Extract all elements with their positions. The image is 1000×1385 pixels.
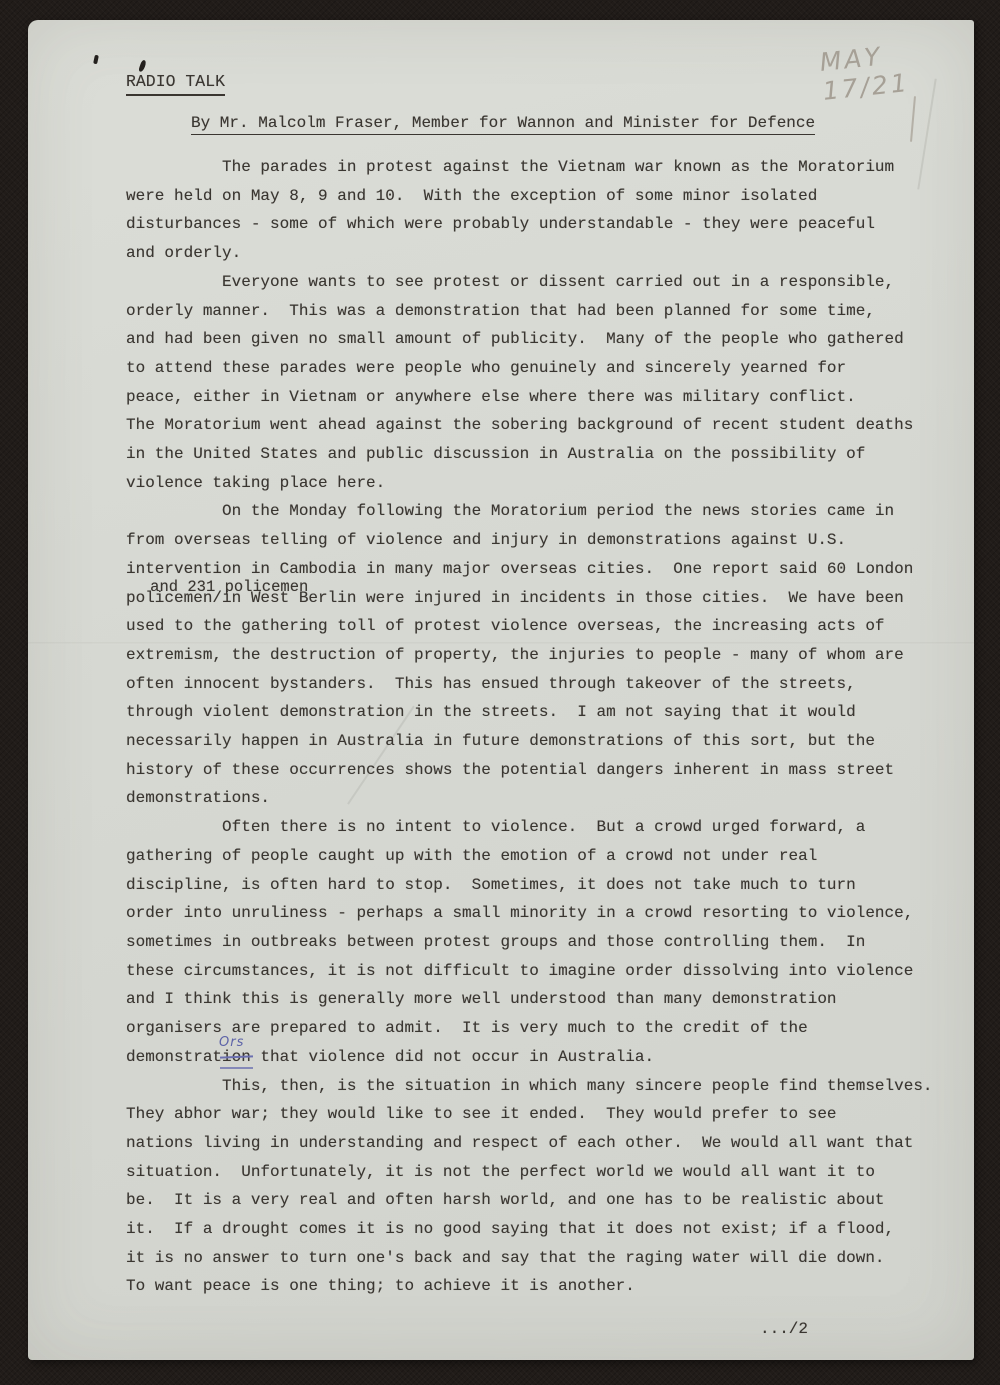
pencil-date-note: MAY 17/21	[818, 32, 976, 106]
text-line: these circumstances, it is not difficult…	[126, 957, 933, 986]
text-line: policemen/in West Berlin were injured in…	[126, 584, 933, 613]
text-line: On the Monday following the Moratorium p…	[126, 497, 933, 526]
handwritten-correction: Ors	[219, 1029, 244, 1058]
text-line: history of these occurrences shows the p…	[126, 756, 933, 785]
text-line: it. If a drought comes it is no good say…	[126, 1215, 933, 1244]
text-line: from overseas telling of violence and in…	[126, 526, 933, 555]
text-line: The parades in protest against the Vietn…	[126, 153, 933, 182]
text-line: necessarily happen in Australia in futur…	[126, 727, 933, 756]
text-line: violence taking place here.	[126, 469, 933, 498]
text-line: disturbances - some of which were probab…	[126, 210, 933, 239]
text-line: nations living in understanding and resp…	[126, 1129, 933, 1158]
text-line: extremism, the destruction of property, …	[126, 641, 933, 670]
text-line: to attend these parades were people who …	[126, 354, 933, 383]
text-line: To want peace is one thing; to achieve i…	[126, 1272, 933, 1301]
text-line: Everyone wants to see protest or dissent…	[126, 268, 933, 297]
document-body: The parades in protest against the Vietn…	[126, 153, 933, 1301]
text-line: and had been given no small amount of pu…	[126, 325, 933, 354]
document-byline: By Mr. Malcolm Fraser, Member for Wannon…	[191, 114, 815, 135]
pencil-stray-mark	[910, 96, 916, 142]
text-line: often innocent bystanders. This has ensu…	[126, 670, 933, 699]
ink-speck	[138, 60, 147, 73]
text-line: in the United States and public discussi…	[126, 440, 933, 469]
text-line: it is no answer to turn one's back and s…	[126, 1244, 933, 1273]
text-line: through violent demonstration in the str…	[126, 698, 933, 727]
text-line: were held on May 8, 9 and 10. With the e…	[126, 182, 933, 211]
text-line: be. It is a very real and often harsh wo…	[126, 1186, 933, 1215]
photographed-document: { "page": { "colors": { "background": "#…	[0, 0, 1000, 1385]
text-line: organisers are prepared to admit. It is …	[126, 1014, 933, 1043]
ink-speck	[93, 55, 99, 65]
text-line: They abhor war; they would like to see i…	[126, 1100, 933, 1129]
text-line: Often there is no intent to violence. Bu…	[126, 813, 933, 842]
text-line: The Moratorium went ahead against the so…	[126, 411, 933, 440]
text-line: This, then, is the situation in which ma…	[126, 1072, 933, 1101]
interlinear-insertion: and 231 policemen	[150, 573, 308, 602]
text-line: demonstrations.	[126, 784, 933, 813]
document-title: RADIO TALK	[126, 72, 225, 96]
text-line: situation. Unfortunately, it is not the …	[126, 1158, 933, 1187]
text-line: demonstrationOrs that violence did not o…	[126, 1043, 933, 1072]
text-line: order into unruliness - perhaps a small …	[126, 899, 933, 928]
document-page: MAY 17/21 RADIO TALK By Mr. Malcolm Fras…	[28, 20, 974, 1360]
page-continuation-mark: .../2	[760, 1320, 808, 1338]
text-line: sometimes in outbreaks between protest g…	[126, 928, 933, 957]
text-line: orderly manner. This was a demonstration…	[126, 297, 933, 326]
text-line: and I think this is generally more well …	[126, 985, 933, 1014]
text-line: gathering of people caught up with the e…	[126, 842, 933, 871]
text-line: and orderly.	[126, 239, 933, 268]
text-line: used to the gathering toll of protest vi…	[126, 612, 933, 641]
text-line: peace, either in Vietnam or anywhere els…	[126, 383, 933, 412]
text-line: discipline, is often hard to stop. Somet…	[126, 871, 933, 900]
